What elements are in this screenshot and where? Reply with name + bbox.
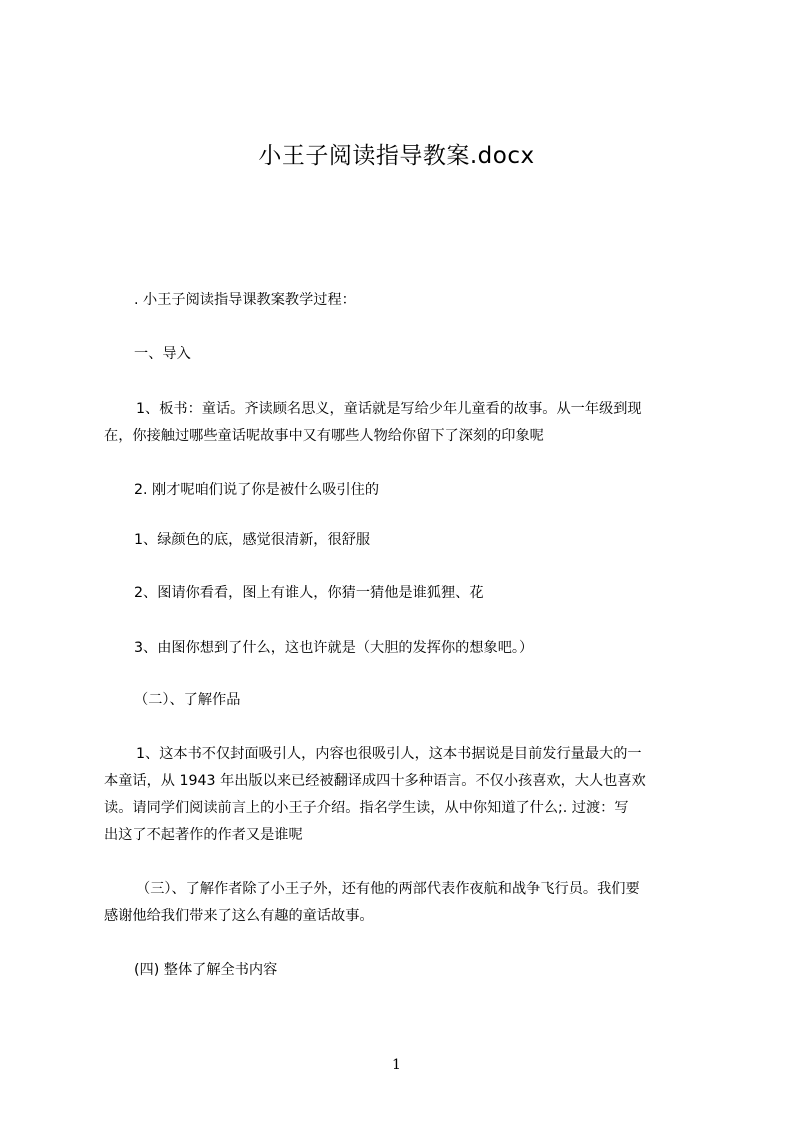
paragraph-work: 1、这本书不仅封面吸引人，内容也很吸引人，这本书据说是目前发行量最大的一 本童话… (104, 741, 696, 849)
heading-section-1: 一、导入 (104, 341, 696, 368)
paragraph-line: 1、板书：童话。齐读顾名思义，童话就是写给少年儿童看的故事。从一年级到现 (104, 396, 696, 423)
paragraph-text: 1、绿颜色的底，感觉很清新，很舒服 (104, 527, 696, 554)
paragraph-blackboard: 1、板书：童话。齐读顾名思义，童话就是写给少年儿童看的故事。从一年级到现 在，你… (104, 396, 696, 450)
paragraph-author: （三）、了解作者除了小王子外，还有他的两部代表作夜航和战争飞行员。我们要 感谢他… (104, 876, 696, 930)
paragraph-intro: . 小王子阅读指导课教案教学过程： (104, 287, 696, 314)
paragraph-line: 在，你接触过哪些童话呢故事中又有哪些人物给你留下了深刻的印象呢 (104, 423, 696, 450)
list-item-picture: 2、图请你看看，图上有谁人，你猜一猜他是谁狐狸、花 (104, 580, 696, 607)
paragraph-text: 3、由图你想到了什么，这也许就是（大胆的发挥你的想象吧。） (104, 635, 696, 662)
paragraph-line: 出这了不起著作的作者又是谁呢 (104, 822, 696, 849)
document-page: 小王子阅读指导教案.docx . 小王子阅读指导课教案教学过程： 一、导入 1、… (0, 0, 793, 1122)
paragraph-line: （三）、了解作者除了小王子外，还有他的两部代表作夜航和战争飞行员。我们要 (104, 876, 696, 903)
paragraph-line: 本童话，从 1943 年出版以来已经被翻译成四十多种语言。不仅小孩喜欢，大人也喜… (104, 768, 696, 795)
paragraph-attraction: 2. 刚才呢咱们说了你是被什么吸引住的 (104, 477, 696, 504)
paragraph-line: 感谢他给我们带来了这么有趣的童话故事。 (104, 903, 696, 930)
paragraph-line: 1、这本书不仅封面吸引人，内容也很吸引人，这本书据说是目前发行量最大的一 (104, 741, 696, 768)
page-number: 1 (0, 1055, 793, 1075)
list-item-imagine: 3、由图你想到了什么，这也许就是（大胆的发挥你的想象吧。） (104, 635, 696, 662)
heading-section-2: （二）、了解作品 (104, 687, 696, 714)
list-item-green: 1、绿颜色的底，感觉很清新，很舒服 (104, 527, 696, 554)
document-title: 小王子阅读指导教案.docx (0, 140, 793, 172)
heading-section-4: (四) 整体了解全书内容 (104, 957, 696, 984)
paragraph-text: 2、图请你看看，图上有谁人，你猜一猜他是谁狐狸、花 (104, 580, 696, 607)
paragraph-line: 读。请同学们阅读前言上的小王子介绍。指名学生读，从中你知道了什么;. 过渡：写 (104, 795, 696, 822)
heading-text: (四) 整体了解全书内容 (104, 957, 696, 984)
paragraph-text: . 小王子阅读指导课教案教学过程： (104, 287, 696, 314)
heading-text: （二）、了解作品 (104, 687, 696, 714)
paragraph-text: 2. 刚才呢咱们说了你是被什么吸引住的 (104, 477, 696, 504)
heading-text: 一、导入 (104, 341, 696, 368)
